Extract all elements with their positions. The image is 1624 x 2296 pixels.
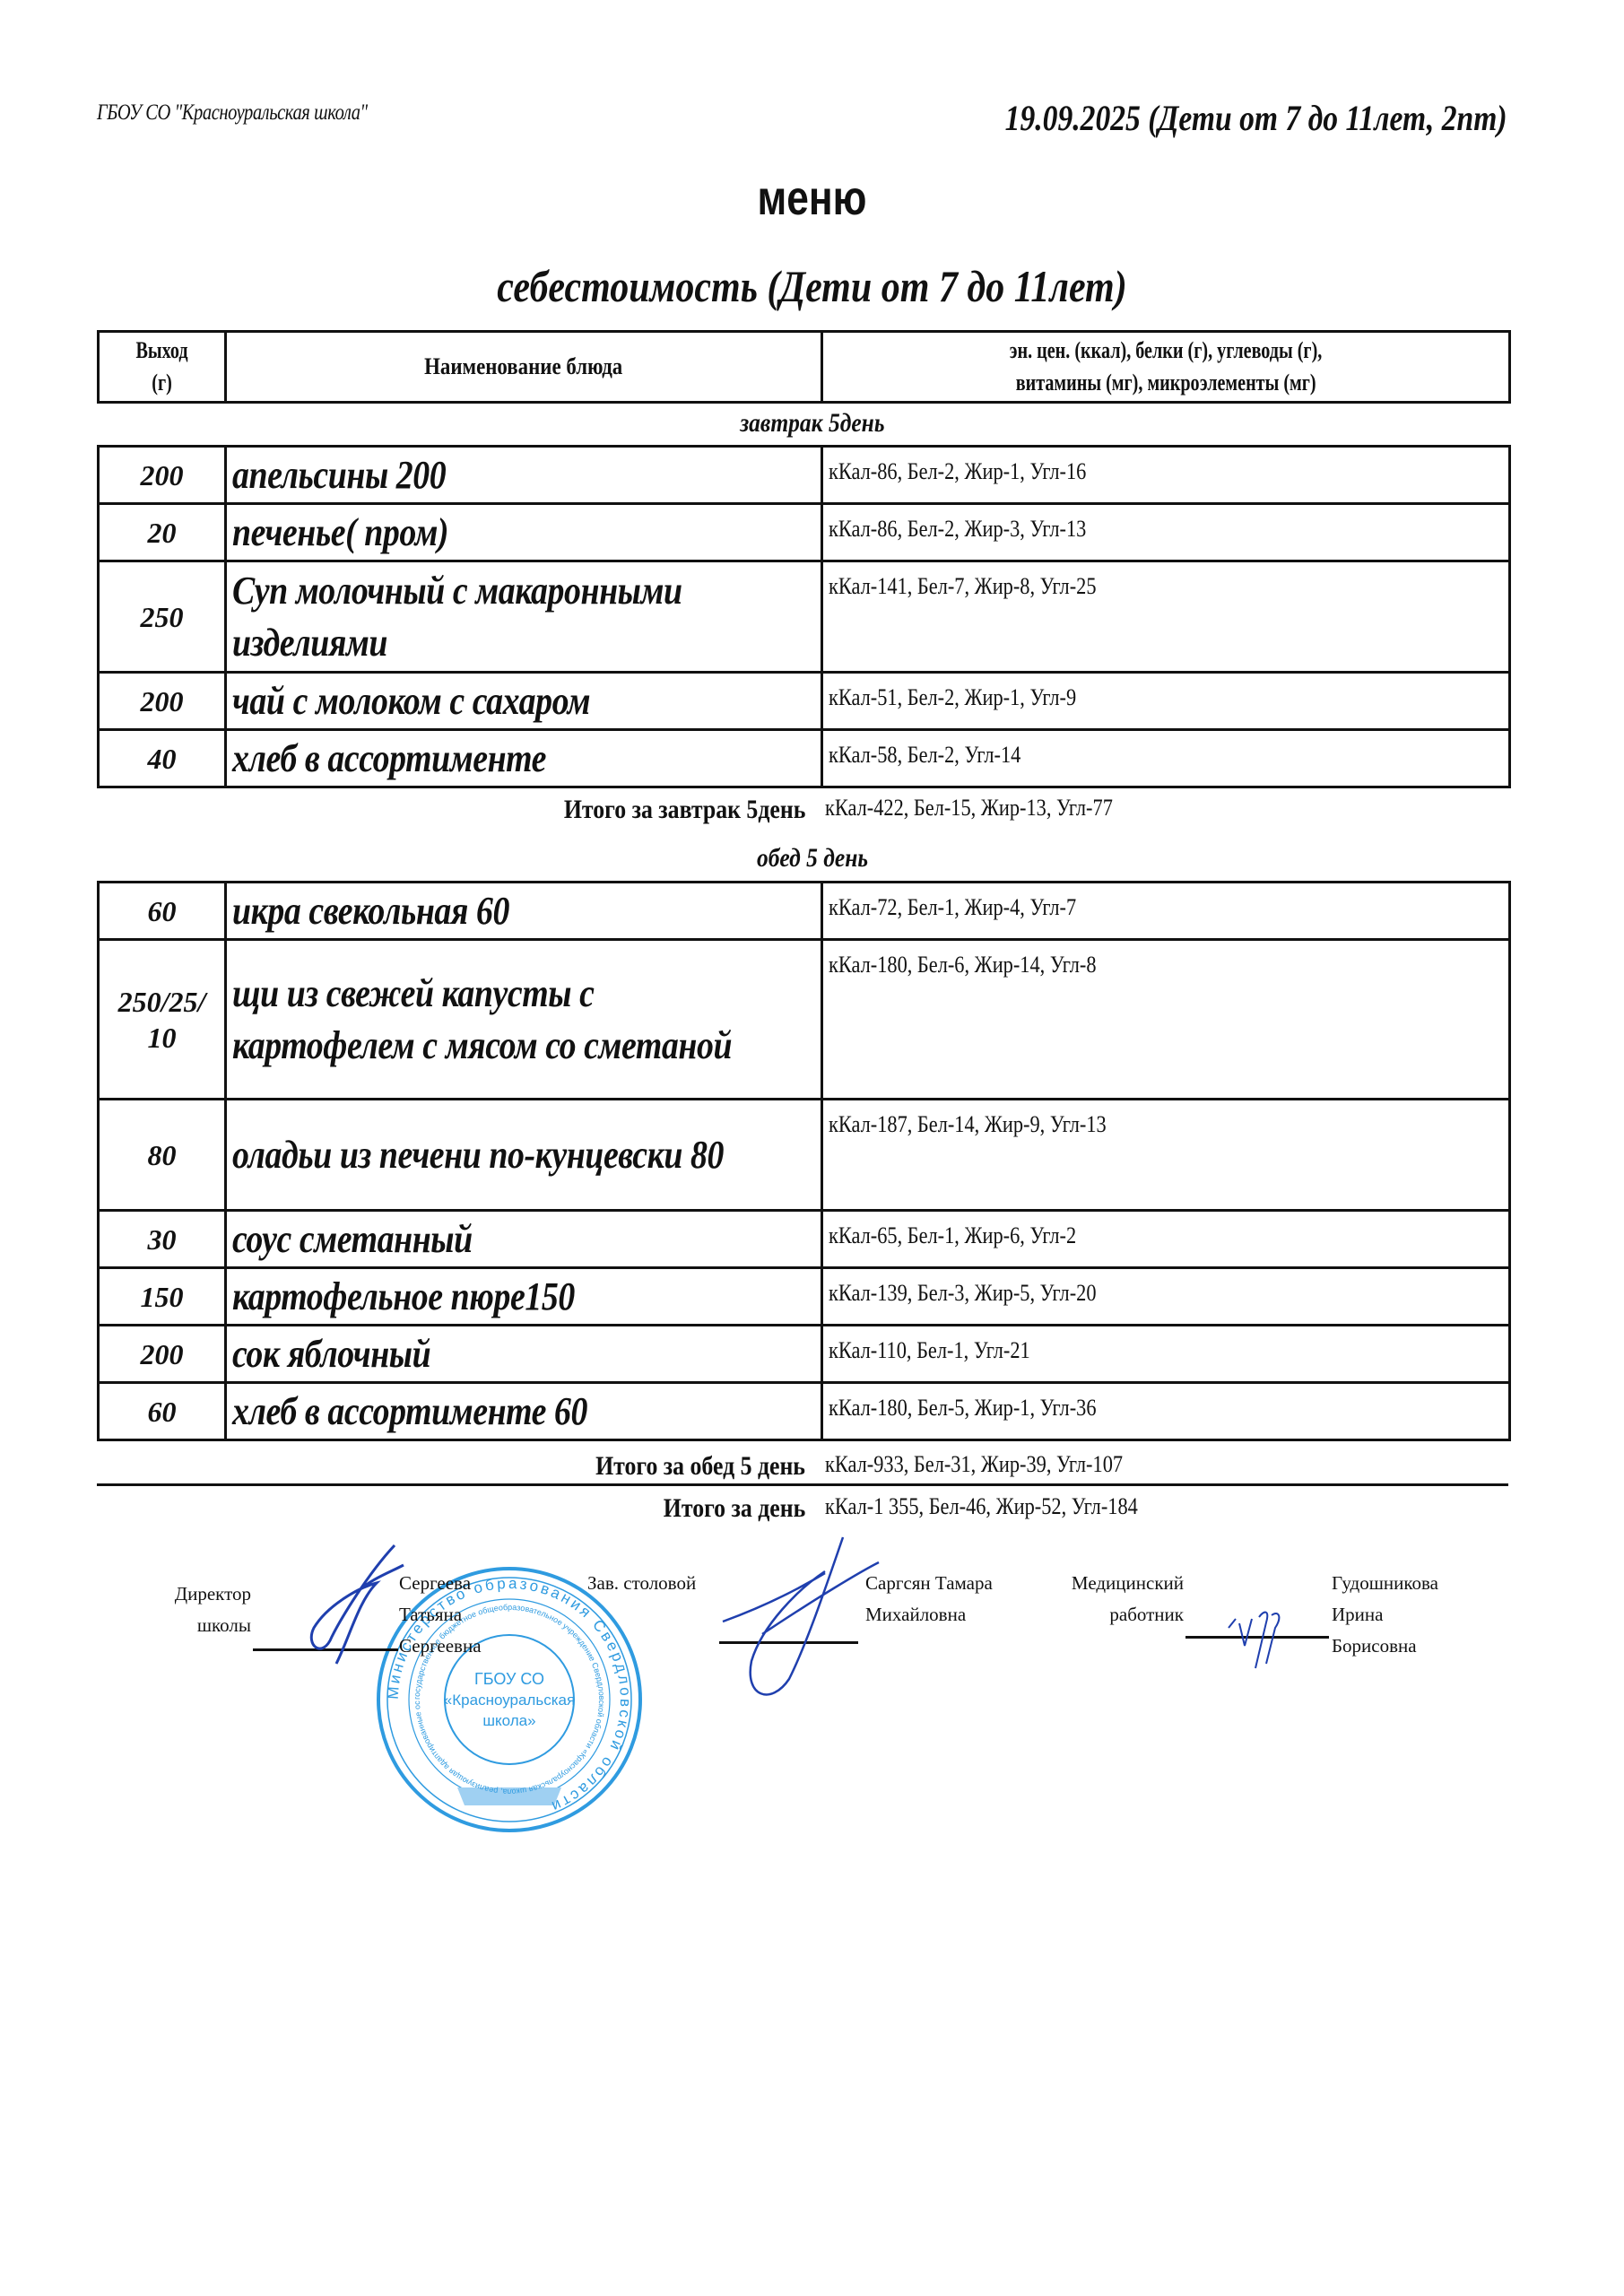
- dish-name: хлеб в ассортименте: [226, 730, 822, 787]
- menu-row: 250/25/ 10щи из свежей капусты с картофе…: [99, 940, 1510, 1100]
- menu-row: 60хлеб в ассортименте 60кКал-180, Бел-5,…: [99, 1383, 1510, 1440]
- dish-yield: 200: [99, 1326, 226, 1383]
- menu-row: 30соус сметанныйкКал-65, Бел-1, Жир-6, У…: [99, 1211, 1510, 1268]
- dish-name: икра свекольная 60: [226, 883, 822, 940]
- menu-row: 60икра свекольная 60кКал-72, Бел-1, Жир-…: [99, 883, 1510, 940]
- menu-row: 200апельсины 200кКал-86, Бел-2, Жир-1, У…: [99, 447, 1510, 504]
- page-title: меню: [146, 170, 1478, 226]
- breakfast-total: Итого за завтрак 5день кКал-422, Бел-15,…: [97, 795, 1508, 831]
- medic-signature-icon: [1220, 1592, 1300, 1673]
- divider: [97, 1483, 1508, 1486]
- dish-name: сок яблочный: [226, 1326, 822, 1383]
- dish-nutrition: кКал-86, Бел-2, Жир-1, Угл-16: [822, 447, 1510, 504]
- dish-yield: 60: [99, 883, 226, 940]
- dish-yield: 200: [99, 447, 226, 504]
- lunch-table: 60икра свекольная 60кКал-72, Бел-1, Жир-…: [97, 881, 1511, 1441]
- medic-name: ГудошниковаИринаБорисовна: [1332, 1568, 1438, 1662]
- stamp-line-1: ГБОУ СО: [474, 1670, 544, 1688]
- header-yield: Выход(г): [99, 332, 226, 403]
- menu-row: 40хлеб в ассортиментекКал-58, Бел-2, Угл…: [99, 730, 1510, 787]
- dish-yield: 60: [99, 1383, 226, 1440]
- dish-nutrition: кКал-141, Бел-7, Жир-8, Угл-25: [822, 561, 1510, 673]
- canteen-title: Зав. столовой: [587, 1568, 696, 1599]
- dish-name: апельсины 200: [226, 447, 822, 504]
- breakfast-total-value: кКал-422, Бел-15, Жир-13, Угл-77: [825, 795, 1113, 822]
- day-total-label: Итого за день: [664, 1493, 805, 1524]
- dish-name: картофельное пюре150: [226, 1268, 822, 1326]
- dish-nutrition: кКал-187, Бел-14, Жир-9, Угл-13: [822, 1100, 1510, 1211]
- menu-row: 80оладьи из печени по-кунцевски 80кКал-1…: [99, 1100, 1510, 1211]
- dish-name: хлеб в ассортименте 60: [226, 1383, 822, 1440]
- dish-nutrition: кКал-139, Бел-3, Жир-5, Угл-20: [822, 1268, 1510, 1326]
- dish-nutrition: кКал-58, Бел-2, Угл-14: [822, 730, 1510, 787]
- breakfast-total-label: Итого за завтрак 5день: [564, 795, 805, 825]
- lunch-title: обед 5 день: [0, 843, 1624, 874]
- dish-yield: 30: [99, 1211, 226, 1268]
- menu-row: 200чай с молоком с сахаромкКал-51, Бел-2…: [99, 673, 1510, 730]
- dish-nutrition: кКал-65, Бел-1, Жир-6, Угл-2: [822, 1211, 1510, 1268]
- dish-yield: 250/25/ 10: [99, 940, 226, 1100]
- dish-nutrition: кКал-72, Бел-1, Жир-4, Угл-7: [822, 883, 1510, 940]
- dish-name: соус сметанный: [226, 1211, 822, 1268]
- dish-yield: 40: [99, 730, 226, 787]
- organization-name: ГБОУ СО "Красноуральская школа": [97, 100, 368, 126]
- dish-yield: 20: [99, 504, 226, 561]
- dish-yield: 250: [99, 561, 226, 673]
- dish-name: Суп молочный с макаронными изделиями: [226, 561, 822, 673]
- header-dish: Наименование блюда: [226, 332, 822, 403]
- lunch-total-value: кКал-933, Бел-31, Жир-39, Угл-107: [825, 1451, 1123, 1478]
- lunch-total-label: Итого за обед 5 день: [595, 1451, 805, 1482]
- canteen-name: Саргсян ТамараМихайловна: [865, 1568, 993, 1631]
- canteen-signature-icon: [708, 1535, 888, 1715]
- stamp-line-2: «Красноуральская: [444, 1692, 575, 1709]
- dish-nutrition: кКал-180, Бел-5, Жир-1, Угл-36: [822, 1383, 1510, 1440]
- day-total-value: кКал-1 355, Бел-46, Жир-52, Угл-184: [825, 1493, 1138, 1520]
- menu-row: 250Суп молочный с макаронными изделиямик…: [99, 561, 1510, 673]
- page-subtitle: себестоимость (Дети от 7 до 11лет): [130, 260, 1494, 312]
- breakfast-title: завтрак 5день: [0, 408, 1624, 439]
- dish-yield: 150: [99, 1268, 226, 1326]
- dish-nutrition: кКал-180, Бел-6, Жир-14, Угл-8: [822, 940, 1510, 1100]
- dish-name: оладьи из печени по-кунцевски 80: [226, 1100, 822, 1211]
- dish-name: чай с молоком с сахаром: [226, 673, 822, 730]
- lunch-total: Итого за обед 5 день кКал-933, Бел-31, Ж…: [97, 1451, 1508, 1487]
- menu-row: 20печенье( пром)кКал-86, Бел-2, Жир-3, У…: [99, 504, 1510, 561]
- dish-yield: 200: [99, 673, 226, 730]
- dish-nutrition: кКал-86, Бел-2, Жир-3, Угл-13: [822, 504, 1510, 561]
- dish-nutrition: кКал-110, Бел-1, Угл-21: [822, 1326, 1510, 1383]
- dish-nutrition: кКал-51, Бел-2, Жир-1, Угл-9: [822, 673, 1510, 730]
- header-nutrition: эн. цен. (ккал), белки (г), углеводы (г)…: [822, 332, 1510, 403]
- day-total: Итого за день кКал-1 355, Бел-46, Жир-52…: [97, 1493, 1508, 1529]
- dish-name: щи из свежей капусты с картофелем с мясо…: [226, 940, 822, 1100]
- medic-title: Медицинскийработник: [1031, 1568, 1184, 1631]
- dish-yield: 80: [99, 1100, 226, 1211]
- date-line: 19.09.2025 (Дети от 7 до 11лет, 2пт): [1005, 97, 1507, 139]
- breakfast-table: 200апельсины 200кКал-86, Бел-2, Жир-1, У…: [97, 445, 1511, 788]
- director-signature-icon: [287, 1538, 421, 1673]
- table-header: Выход(г) Наименование блюда эн. цен. (кк…: [97, 330, 1511, 404]
- director-title: Директоршколы: [152, 1578, 251, 1641]
- menu-row: 200сок яблочныйкКал-110, Бел-1, Угл-21: [99, 1326, 1510, 1383]
- dish-name: печенье( пром): [226, 504, 822, 561]
- stamp-line-3: школа»: [482, 1712, 535, 1729]
- menu-row: 150картофельное пюре150кКал-139, Бел-3, …: [99, 1268, 1510, 1326]
